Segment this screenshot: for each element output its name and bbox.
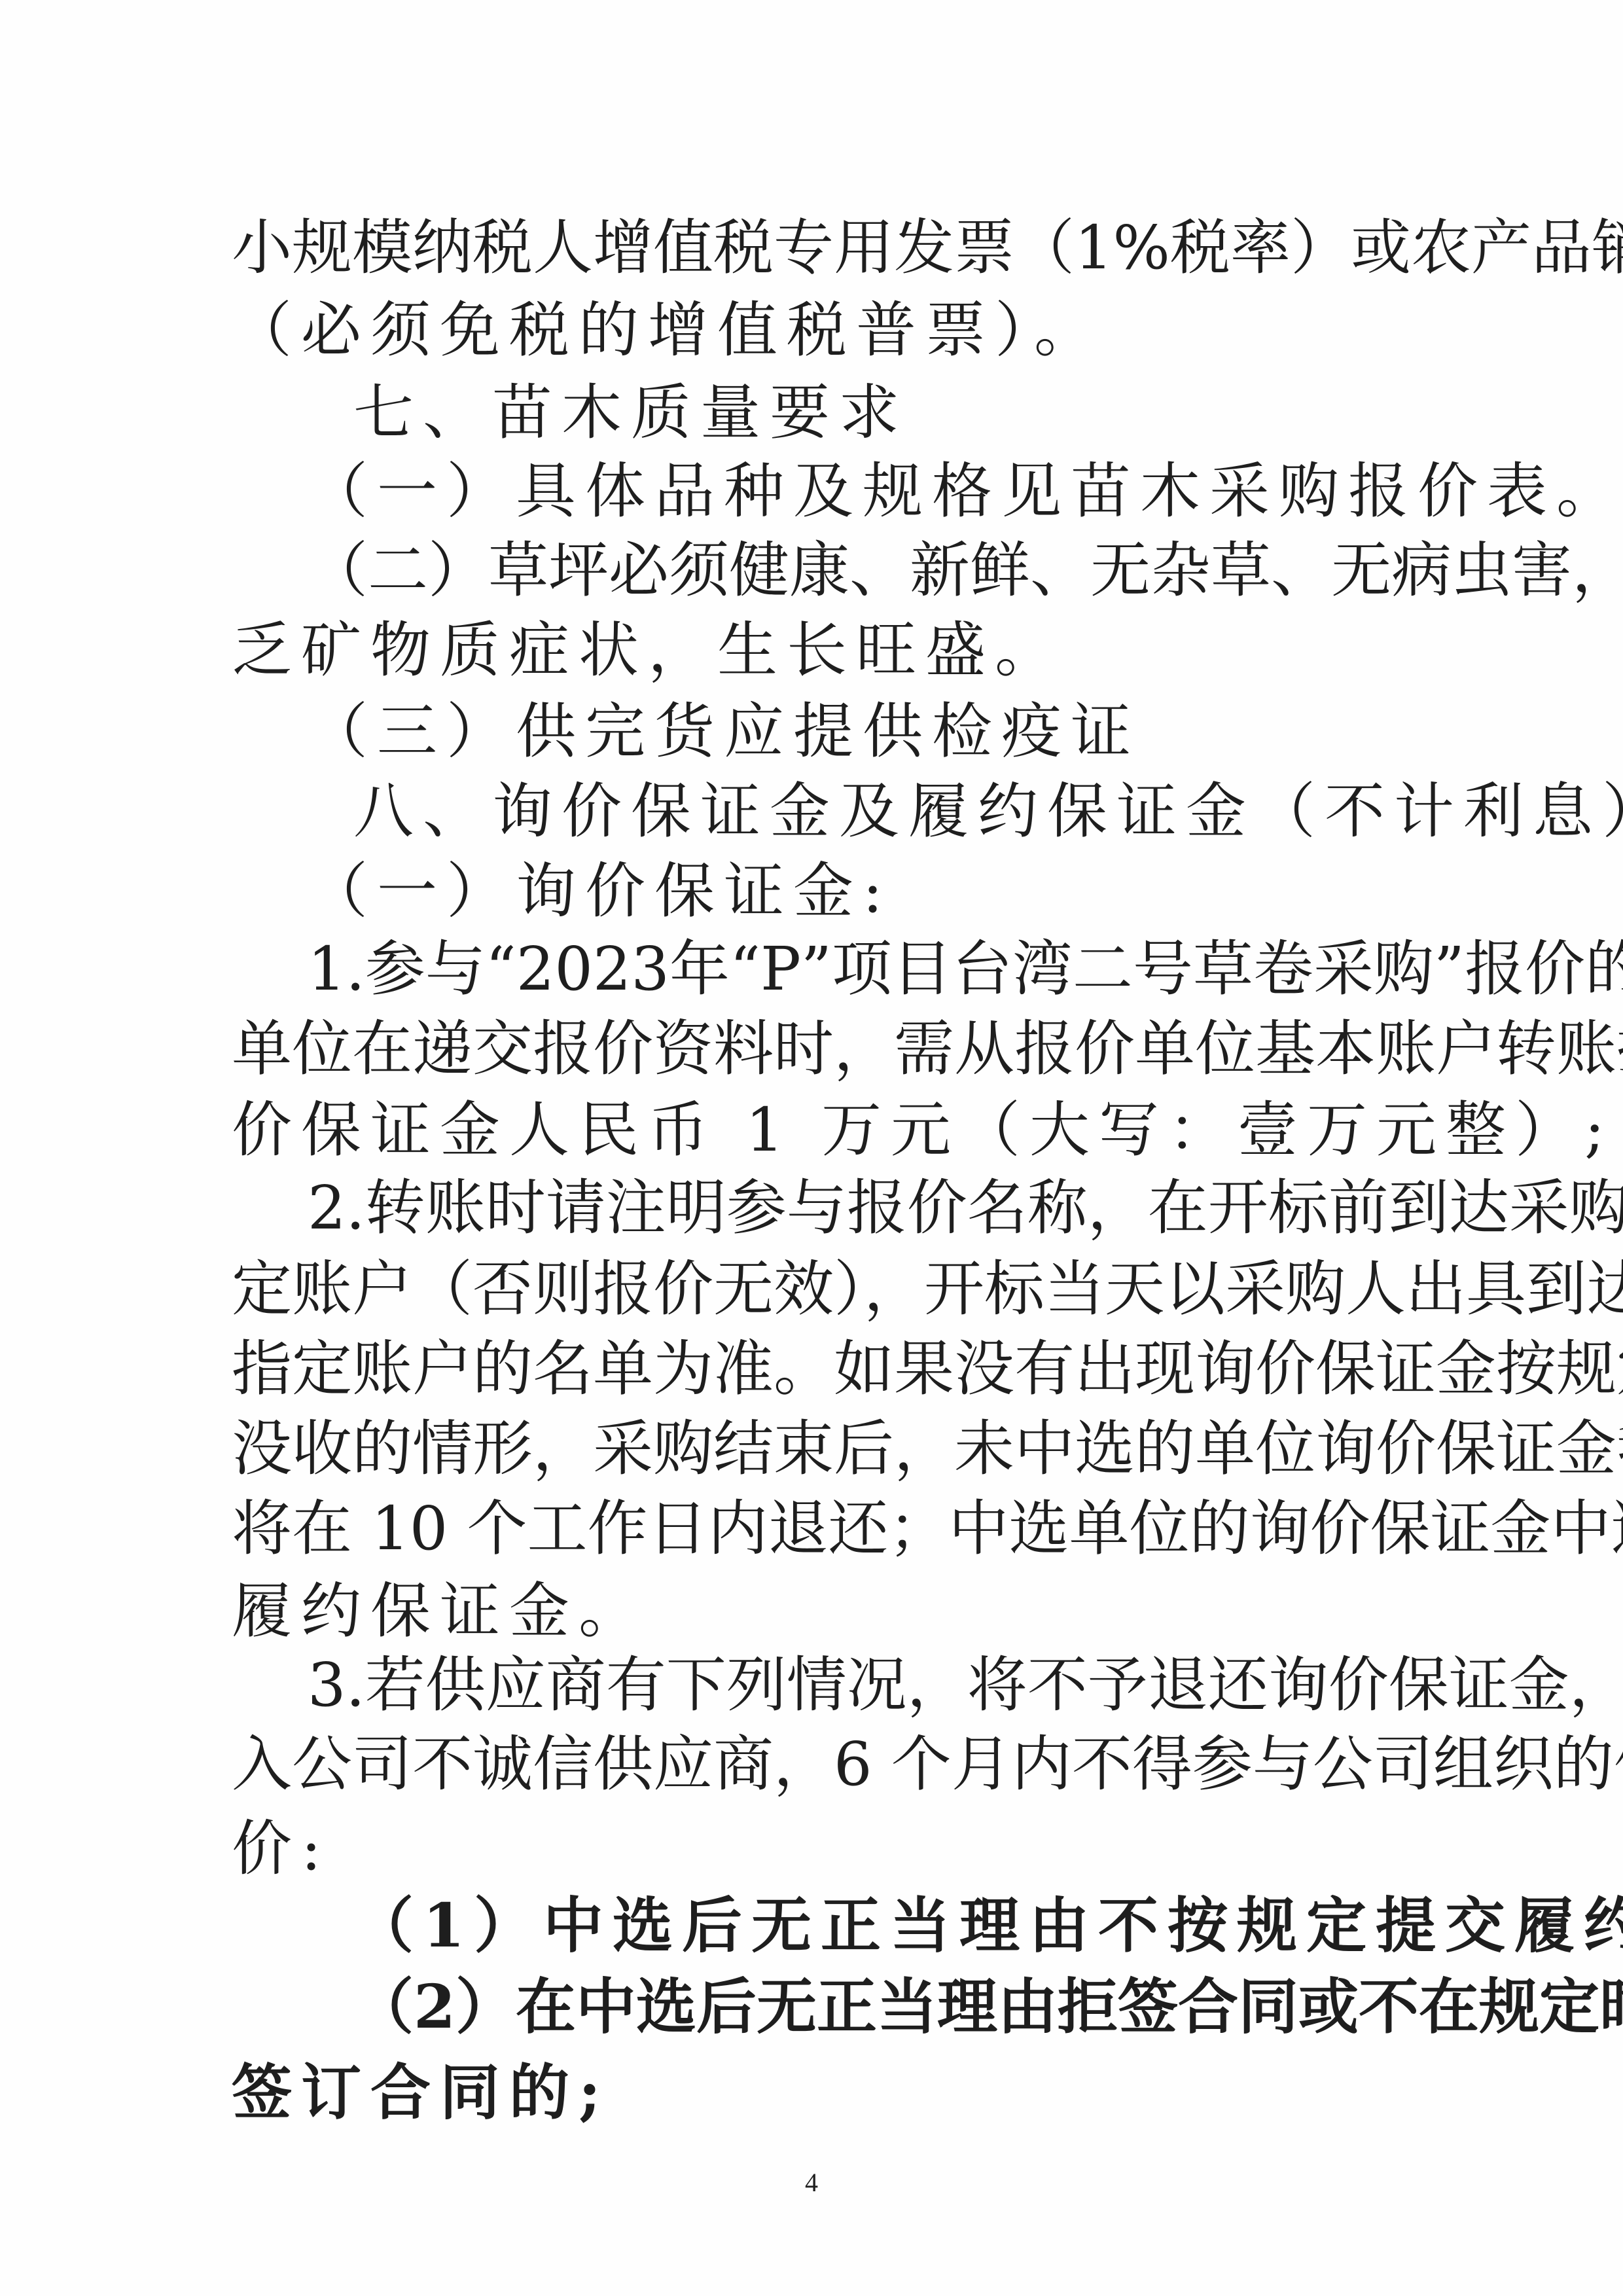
clause-3-item-2-cont: 签订合同的;	[232, 2056, 1376, 2128]
section-heading-deposits: 八、询价保证金及履约保证金（不计利息）	[353, 776, 1376, 848]
clause-1-cont-b: 价保证金人民币 1 万元（大写：壹万元整）;	[232, 1094, 1376, 1166]
clause-3: 3.若供应商有下列情况，将不予退还询价保证金，并纳	[308, 1649, 1376, 1721]
clause-2-cont-e: 履约保证金。	[232, 1575, 1376, 1647]
clause-1: 1.参与“2023年“P”项目台湾二号草卷采购”报价的	[308, 933, 1376, 1005]
clause-3-cont-a: 入公司不诚信供应商，6 个月内不得参与公司组织的任何报	[232, 1729, 1376, 1801]
paragraph-invoice-type-cont: （必须免税的增值税普票）。	[232, 295, 1376, 367]
clause-2-cont-a: 定账户（否则报价无效），开标当天以采购人出具到达采购人	[232, 1253, 1376, 1325]
clause-3-cont-b: 价:	[232, 1813, 1376, 1885]
item-lawn-health-cont: 乏矿物质症状，生长旺盛。	[232, 615, 1376, 687]
subheading-inquiry-deposit: （一）询价保证金:	[308, 855, 1376, 927]
clause-2-cont-c: 没收的情形，采购结束后，未中选的单位询价保证金我公司	[232, 1413, 1376, 1485]
document-page: 小规模纳税人增值税专用发票（1%税率）或农产品销售发票 （必须免税的增值税普票）…	[0, 0, 1623, 2296]
clause-2: 2.转账时请注明参与报价名称，在开标前到达采购人指	[308, 1172, 1376, 1244]
clause-2-cont-b: 指定账户的名单为准。如果没有出现询价保证金按规定应被	[232, 1333, 1376, 1405]
item-lawn-health: （二）草坪必须健康、新鲜、无杂草、无病虫害，无缺	[308, 535, 1376, 607]
clause-1-cont-a: 单位在递交报价资料时，需从报价单位基本账户转账提交询	[232, 1013, 1376, 1085]
clause-3-item-2: （2）在中选后无正当理由拒签合同或不在规定时间内	[353, 1971, 1376, 2043]
paragraph-invoice-type: 小规模纳税人增值税专用发票（1%税率）或农产品销售发票	[232, 212, 1376, 284]
item-quarantine-cert: （三）供完货应提供检疫证	[308, 696, 1376, 768]
clause-2-cont-d: 将在 10 个工作日内退还；中选单位的询价保证金中选后转为	[232, 1493, 1376, 1565]
item-varieties-spec: （一）具体品种及规格见苗木采购报价表。	[308, 456, 1376, 528]
clause-3-item-1: （1）中选后无正当理由不按规定提交履约担保;	[353, 1890, 1376, 1962]
section-heading-seedling-quality: 七、苗木质量要求	[353, 377, 1376, 449]
page-number: 4	[785, 2163, 838, 2202]
